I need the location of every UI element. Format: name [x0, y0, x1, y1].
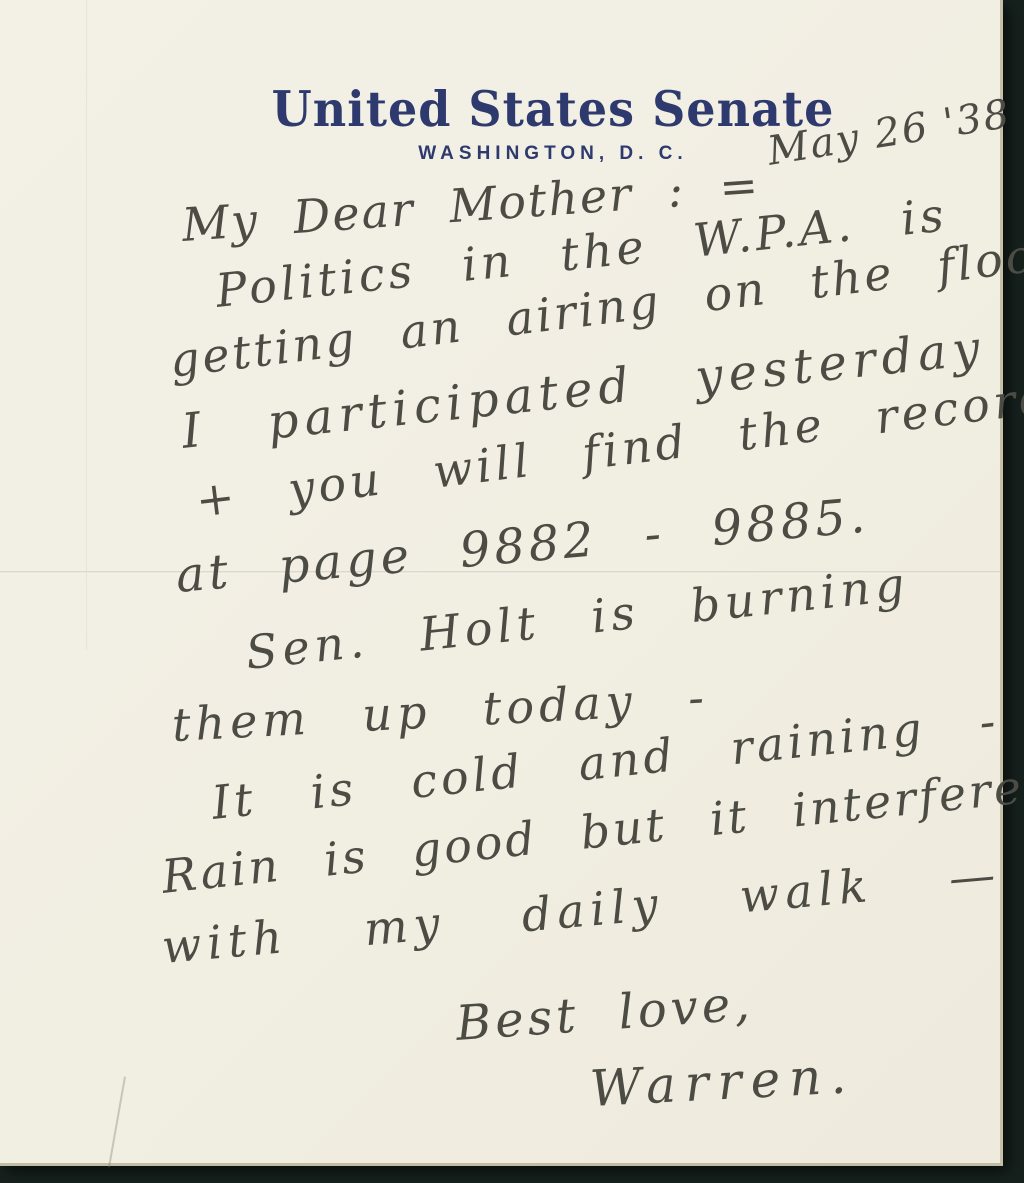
- letterhead-title: United States Senate: [253, 83, 853, 136]
- signature-line: Warren.: [589, 1050, 857, 1114]
- letterhead: United States Senate WASHINGTON, D. C.: [253, 84, 853, 165]
- fold-crease-vertical: [86, 0, 88, 650]
- scan-background: United States Senate WASHINGTON, D. C. M…: [0, 0, 1024, 1183]
- letter-paper: United States Senate WASHINGTON, D. C. M…: [0, 0, 1003, 1166]
- fold-crease-diagonal: [108, 1077, 126, 1168]
- letterhead-location: WASHINGTON, D. C.: [253, 143, 853, 165]
- closing-line: Best love,: [454, 979, 755, 1048]
